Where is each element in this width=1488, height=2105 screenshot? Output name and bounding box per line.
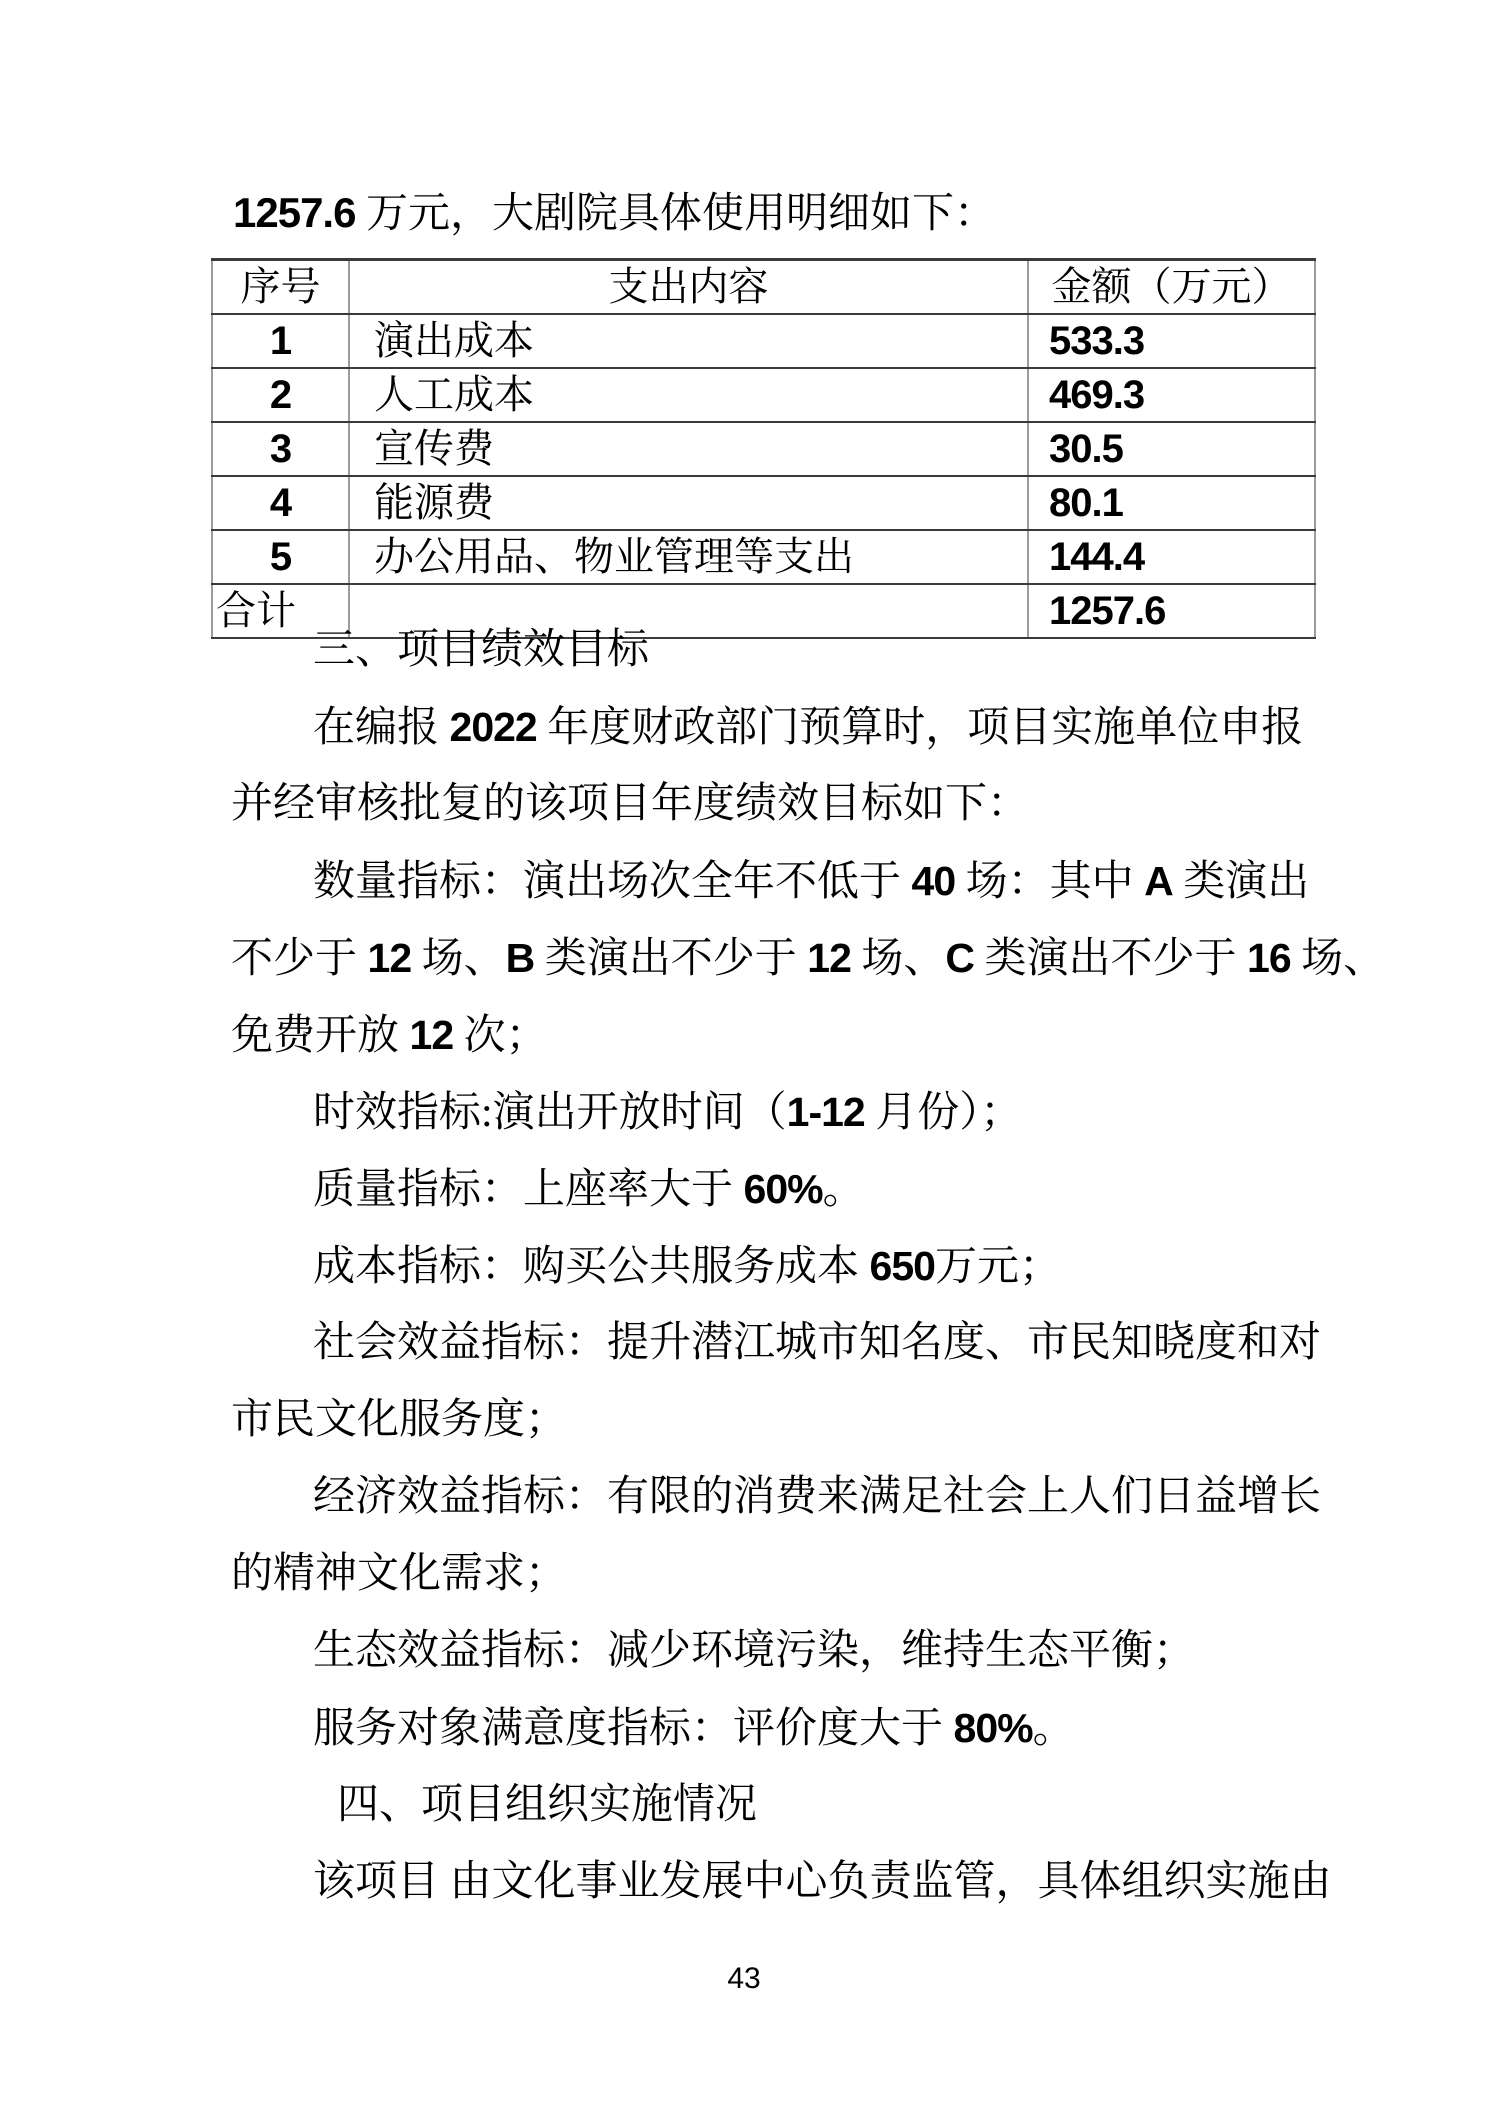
numeric-text: 2022 (450, 704, 537, 750)
cjk-text: 。 (823, 1167, 865, 1213)
table-header-no: 序号 (212, 260, 349, 315)
cjk-text: 服务对象满意度指标：评价度大于 (313, 1706, 954, 1752)
body-line: 质量指标：上座率大于 60%。 (231, 1151, 1351, 1228)
cell-amount: 144.4 (1028, 530, 1315, 584)
cjk-text: 。 (1033, 1706, 1075, 1752)
section-heading: 四、项目组织实施情况 (231, 1767, 1351, 1844)
cjk-text: 三、项目绩效目标 (313, 627, 649, 673)
body-line: 该项目 由文化事业发展中心负责监管，具体组织实施由 (231, 1844, 1351, 1921)
cell-no: 5 (212, 530, 349, 584)
cell-amount: 30.5 (1028, 422, 1315, 476)
cell-no: 2 (212, 368, 349, 422)
row-number: 5 (270, 535, 291, 579)
cjk-text: 万元，大剧院具体使用明细如下： (355, 191, 996, 237)
cell-no: 3 (212, 422, 349, 476)
body-text: 三、项目绩效目标在编报 2022 年度财政部门预算时，项目实施单位申报并经审核批… (231, 612, 1351, 1921)
page-number: 43 (0, 1962, 1488, 1996)
body-line: 成本指标：购买公共服务成本 650万元； (231, 1228, 1351, 1305)
cjk-text: 的精神文化需求； (231, 1551, 567, 1597)
cjk-text: 时效指标:演出开放时间（ (313, 1090, 787, 1136)
cell-item: 人工成本 (349, 368, 1028, 422)
numeric-text: 1-12 (787, 1089, 865, 1135)
cjk-text: 成本指标：购买公共服务成本 (313, 1244, 870, 1290)
body-line: 免费开放 12 次； (231, 997, 1351, 1074)
expenditure-table: 序号 支出内容 金额（万元） 1演出成本533.32人工成本469.33宣传费3… (211, 258, 1316, 639)
body-line: 在编报 2022 年度财政部门预算时，项目实施单位申报 (231, 689, 1351, 766)
cjk-text: 次； (453, 1013, 548, 1059)
cjk-text: 场、 (411, 936, 506, 982)
body-line: 社会效益指标：提升潜江城市知名度、市民知晓度和对 (231, 1305, 1351, 1382)
cell-amount-value: 469.3 (1049, 373, 1144, 417)
cjk-text: 不少于 (231, 936, 368, 982)
cjk-text: 并经审核批复的该项目年度绩效目标如下： (231, 781, 1029, 827)
cell-amount: 469.3 (1028, 368, 1315, 422)
numeric-text: 16 (1247, 935, 1291, 981)
body-line: 并经审核批复的该项目年度绩效目标如下： (231, 766, 1351, 843)
body-line: 市民文化服务度； (231, 1382, 1351, 1459)
cell-no: 4 (212, 476, 349, 530)
document-page: 1257.6 万元，大剧院具体使用明细如下： 序号 支出内容 金额（万元） 1演… (0, 0, 1488, 2105)
cell-amount-value: 80.1 (1049, 481, 1123, 525)
cell-item: 能源费 (349, 476, 1028, 530)
cjk-text: 数量指标：演出场次全年不低于 (313, 859, 912, 905)
cell-amount-value: 30.5 (1049, 427, 1123, 471)
numeric-text: 12 (368, 935, 412, 981)
table-row: 3宣传费30.5 (212, 422, 1315, 476)
cjk-text: 在编报 (313, 705, 450, 751)
cell-item: 办公用品、物业管理等支出 (349, 530, 1028, 584)
numeric-text: B (506, 935, 535, 981)
row-number: 1 (270, 319, 291, 363)
body-line: 经济效益指标：有限的消费来满足社会上人们日益增长 (231, 1459, 1351, 1536)
body-line: 数量指标：演出场次全年不低于 40 场：其中 A 类演出 (231, 843, 1351, 920)
cell-item: 演出成本 (349, 314, 1028, 368)
table-header-row: 序号 支出内容 金额（万元） (212, 260, 1315, 315)
table-header-amount: 金额（万元） (1028, 260, 1315, 315)
body-line: 不少于 12 场、B 类演出不少于 12 场、C 类演出不少于 16 场、 (231, 920, 1351, 997)
body-line: 生态效益指标：减少环境污染，维持生态平衡； (231, 1613, 1351, 1690)
body-line: 的精神文化需求； (231, 1536, 1351, 1613)
cjk-text: 该项目 由文化事业发展中心负责监管，具体组织实施由 (313, 1859, 1332, 1905)
cjk-text: 类演出不少于 (534, 936, 807, 982)
body-line: 服务对象满意度指标：评价度大于 80%。 (231, 1690, 1351, 1767)
table-row: 1演出成本533.3 (212, 314, 1315, 368)
numeric-text: 80% (954, 1705, 1033, 1751)
cell-no: 1 (212, 314, 349, 368)
cjk-text: 市民文化服务度； (231, 1397, 567, 1443)
numeric-text: 1257.6 (233, 189, 355, 236)
cjk-text: 类演出 (1173, 859, 1310, 905)
numeric-text: C (945, 935, 974, 981)
table-row: 4能源费80.1 (212, 476, 1315, 530)
cell-amount-value: 533.3 (1049, 319, 1144, 363)
section-heading: 三、项目绩效目标 (231, 612, 1351, 689)
body-line: 时效指标:演出开放时间（1-12 月份）； (231, 1074, 1351, 1151)
cjk-text: 经济效益指标：有限的消费来满足社会上人们日益增长 (313, 1474, 1321, 1520)
cjk-text: 万元； (935, 1244, 1061, 1290)
numeric-text: 12 (410, 1012, 454, 1058)
cell-amount-value: 144.4 (1049, 535, 1144, 579)
cell-item: 宣传费 (349, 422, 1028, 476)
cjk-text: 类演出不少于 (974, 936, 1247, 982)
cell-amount: 80.1 (1028, 476, 1315, 530)
cjk-text: 年度财政部门预算时，项目实施单位申报 (537, 705, 1304, 751)
table-row: 5办公用品、物业管理等支出144.4 (212, 530, 1315, 584)
table-row: 2人工成本469.3 (212, 368, 1315, 422)
row-number: 2 (270, 373, 291, 417)
cjk-text: 月份）； (865, 1090, 1023, 1136)
cjk-text: 场：其中 (955, 859, 1144, 905)
numeric-text: 60% (744, 1166, 823, 1212)
cjk-text: 四、项目组织实施情况 (337, 1782, 757, 1828)
cjk-text: 免费开放 (231, 1013, 410, 1059)
cjk-text: 质量指标：上座率大于 (313, 1167, 744, 1213)
row-number: 4 (270, 481, 291, 525)
numeric-text: 40 (912, 858, 956, 904)
cell-amount: 533.3 (1028, 314, 1315, 368)
table-header-item: 支出内容 (349, 260, 1028, 315)
cjk-text: 场、 (851, 936, 946, 982)
numeric-text: 12 (807, 935, 851, 981)
numeric-text: 650 (870, 1243, 935, 1289)
numeric-text: A (1144, 858, 1173, 904)
intro-paragraph: 1257.6 万元，大剧院具体使用明细如下： (233, 190, 996, 237)
cjk-text: 场、 (1291, 936, 1386, 982)
cjk-text: 生态效益指标：减少环境污染，维持生态平衡； (313, 1628, 1195, 1674)
cjk-text: 社会效益指标：提升潜江城市知名度、市民知晓度和对 (313, 1320, 1321, 1366)
row-number: 3 (270, 427, 291, 471)
